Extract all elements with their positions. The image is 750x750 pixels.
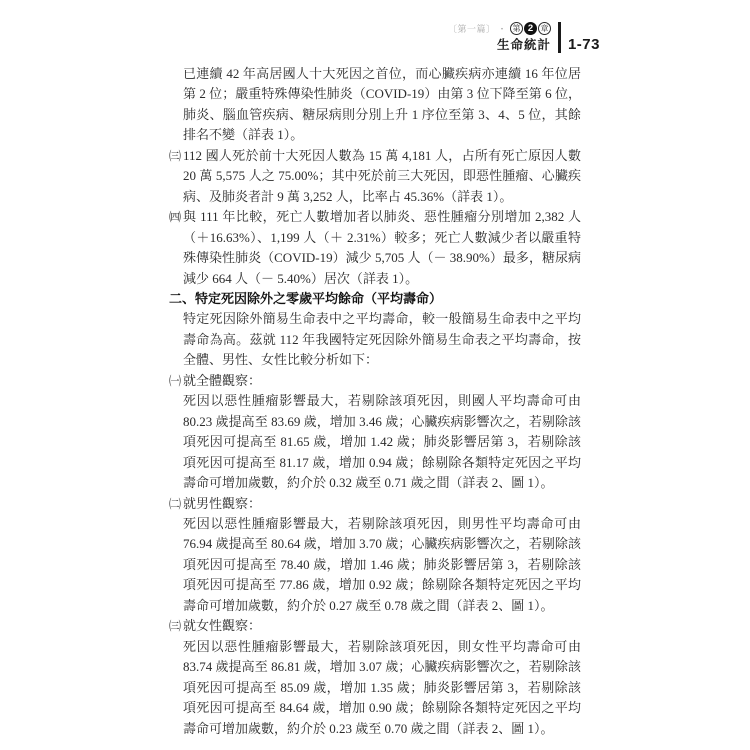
header-part-line: 〔第一篇〕 ・ 第 2 章 xyxy=(448,21,551,36)
list-item-text: 與 111 年比較，死亡人數增加者以肺炎、惡性腫瘤分別增加 2,382 人（＋1… xyxy=(183,207,581,289)
observation-heading: ㈠ 就全體觀察： xyxy=(183,371,581,391)
circled-chapter-number: 2 xyxy=(524,22,537,35)
observation-text: 死因以惡性腫瘤影響最大，若剔除該項死因，則男性平均壽命可由 76.94 歲提高至… xyxy=(183,514,581,616)
list-item-text: 112 國人死於前十大死因人數為 15 萬 4,181 人，占所有死亡原因人數 … xyxy=(183,146,581,207)
observation-text: 死因以惡性腫瘤影響最大，若剔除該項死因，則國人平均壽命可由 80.23 歲提高至… xyxy=(183,391,581,493)
observation-label: 就男性觀察： xyxy=(183,496,261,511)
observation-heading: ㈡ 就男性觀察： xyxy=(183,494,581,514)
circled-char-chapter: 章 xyxy=(538,22,551,35)
section-intro: 特定死因除外簡易生命表中之平均壽命，較一般簡易生命表中之平均壽命為高。茲就 11… xyxy=(183,309,581,370)
book-page: 〔第一篇〕 ・ 第 2 章 生命統計 1-73 已連續 42 年高居國人十大死因… xyxy=(0,0,750,750)
separator-dot: ・ xyxy=(497,22,507,35)
header-chapter-block: 〔第一篇〕 ・ 第 2 章 生命統計 xyxy=(448,21,551,53)
observation-text: 死因以惡性腫瘤影響最大，若剔除該項死因，則女性平均壽命可由 83.74 歲提高至… xyxy=(183,637,581,739)
part-label: 〔第一篇〕 xyxy=(448,22,496,35)
header-divider xyxy=(558,22,561,53)
observation-marker: ㈢ xyxy=(169,616,181,636)
observation-block: ㈢ 就女性觀察： 死因以惡性腫瘤影響最大，若剔除該項死因，則女性平均壽命可由 8… xyxy=(183,616,581,739)
body-text-column: 已連續 42 年高居國人十大死因之首位，而心臟疾病亦連續 16 年位居第 2 位… xyxy=(183,64,581,739)
circled-char-first: 第 xyxy=(510,22,523,35)
section-heading: 二、特定死因除外之零歲平均餘命（平均壽命） xyxy=(169,289,581,309)
list-item: ㈣ 與 111 年比較，死亡人數增加者以肺炎、惡性腫瘤分別增加 2,382 人（… xyxy=(183,207,581,289)
paragraph-continued: 已連續 42 年高居國人十大死因之首位，而心臟疾病亦連續 16 年位居第 2 位… xyxy=(183,64,581,146)
page-header: 〔第一篇〕 ・ 第 2 章 生命統計 1-73 xyxy=(448,21,600,53)
chapter-title: 生命統計 xyxy=(497,38,551,53)
observation-marker: ㈡ xyxy=(169,494,181,514)
observation-block: ㈠ 就全體觀察： 死因以惡性腫瘤影響最大，若剔除該項死因，則國人平均壽命可由 8… xyxy=(183,371,581,494)
observation-label: 就女性觀察： xyxy=(183,618,261,633)
list-item: ㈢ 112 國人死於前十大死因人數為 15 萬 4,181 人，占所有死亡原因人… xyxy=(183,146,581,207)
observation-label: 就全體觀察： xyxy=(183,373,261,388)
observation-marker: ㈠ xyxy=(169,371,181,391)
observation-block: ㈡ 就男性觀察： 死因以惡性腫瘤影響最大，若剔除該項死因，則男性平均壽命可由 7… xyxy=(183,494,581,617)
observation-heading: ㈢ 就女性觀察： xyxy=(183,616,581,636)
list-item-marker: ㈣ xyxy=(169,207,181,227)
list-item-marker: ㈢ xyxy=(169,146,181,166)
page-number: 1-73 xyxy=(568,37,600,53)
